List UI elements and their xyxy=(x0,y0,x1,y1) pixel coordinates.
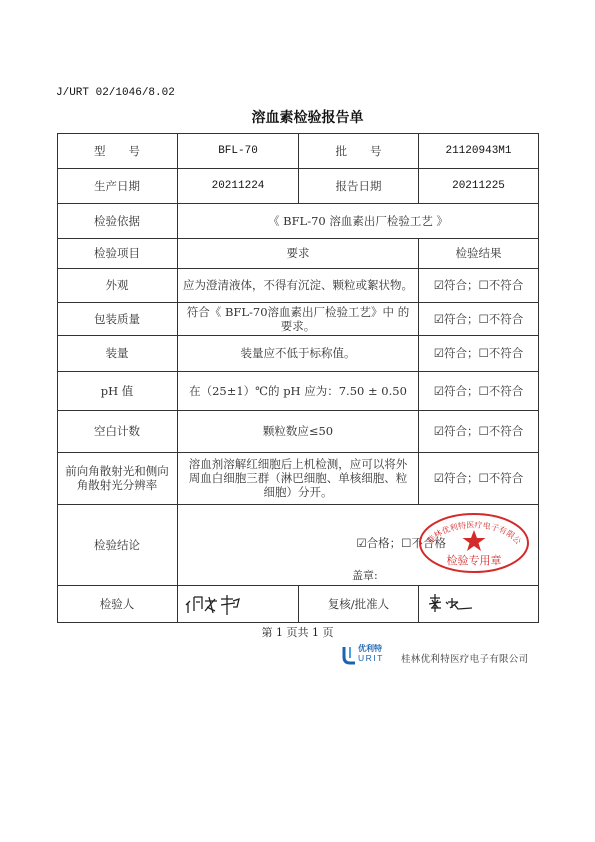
star-icon xyxy=(463,530,486,551)
reviewer-signature xyxy=(426,592,476,614)
row-result-scatter-resolution: ☑符合；☐不符合 xyxy=(419,452,538,504)
batch-label: 批 号 xyxy=(299,133,418,168)
row-requirement-volume: 装量应不低于标称值。 xyxy=(178,335,418,371)
production-date-label: 生产日期 xyxy=(57,168,177,203)
row-item-ph: pH 值 xyxy=(57,371,177,410)
conclusion-label: 检验结论 xyxy=(57,504,177,585)
report-date-label: 报告日期 xyxy=(299,168,418,203)
basis-value: 《 BFL-70 溶血素出厂检验工艺 》 xyxy=(178,203,538,238)
reviewer-label: 复核/批准人 xyxy=(299,585,418,622)
row-result-packaging: ☑符合；☐不符合 xyxy=(419,302,538,335)
company-name: 桂林优利特医疗电子有限公司 xyxy=(401,651,528,665)
header-result: 检验结果 xyxy=(419,238,538,268)
svg-text:检验专用章: 检验专用章 xyxy=(447,553,502,567)
row-item-appearance: 外观 xyxy=(57,268,177,302)
model-value: BFL-70 xyxy=(178,133,298,168)
conclusion-value: ☑合格；☐不合格 xyxy=(178,504,418,585)
row-item-scatter-resolution: 前向角散射光和侧向角散射光分辨率 xyxy=(57,452,177,504)
row-result-appearance: ☑符合；☐不符合 xyxy=(419,268,538,302)
page-number: 第 1 页共 1 页 xyxy=(0,624,595,640)
inspector-signature xyxy=(183,591,245,617)
logo-en: URIT xyxy=(358,653,384,663)
model-label: 型 号 xyxy=(57,133,177,168)
batch-value: 21120943M1 xyxy=(419,133,538,168)
row-requirement-packaging: 符合《 BFL-70溶血素出厂检验工艺》中 的要求。 xyxy=(178,302,418,335)
inspector-label: 检验人 xyxy=(57,585,177,622)
row-result-volume: ☑符合；☐不符合 xyxy=(419,335,538,371)
inspection-stamp: 桂林优利特医疗电子有限公司 检验专用章 xyxy=(418,512,530,574)
row-requirement-ph: 在（25±1）℃的 pH 应为：7.50 ± 0.50 xyxy=(178,371,418,410)
header-item: 检验项目 xyxy=(57,238,177,268)
urit-logo: 优利特 URIT xyxy=(341,643,401,665)
row-item-blank-count: 空白计数 xyxy=(57,410,177,452)
production-date-value: 20211224 xyxy=(178,168,298,203)
row-result-blank-count: ☑符合；☐不符合 xyxy=(419,410,538,452)
row-item-volume: 装量 xyxy=(57,335,177,371)
row-requirement-appearance: 应为澄清液体，不得有沉淀、颗粒或絮状物。 xyxy=(178,268,418,302)
report-date-value: 20211225 xyxy=(419,168,538,203)
row-requirement-blank-count: 颗粒数应≤50 xyxy=(178,410,418,452)
page-title: 溶血素检验报告单 xyxy=(0,107,595,127)
document-code: J/URT 02/1046/8.02 xyxy=(56,87,175,99)
basis-label: 检验依据 xyxy=(57,203,177,238)
urit-logo-icon xyxy=(341,645,357,665)
seal-label: 盖章: xyxy=(352,567,378,583)
row-item-packaging: 包装质量 xyxy=(57,302,177,335)
header-requirement: 要求 xyxy=(178,238,418,268)
row-requirement-scatter-resolution: 溶血剂溶解红细胞后上机检测，应可以将外周血白细胞三群（淋巴细胞、单核细胞、粒细胞… xyxy=(178,452,418,504)
row-result-ph: ☑符合；☐不符合 xyxy=(419,371,538,410)
